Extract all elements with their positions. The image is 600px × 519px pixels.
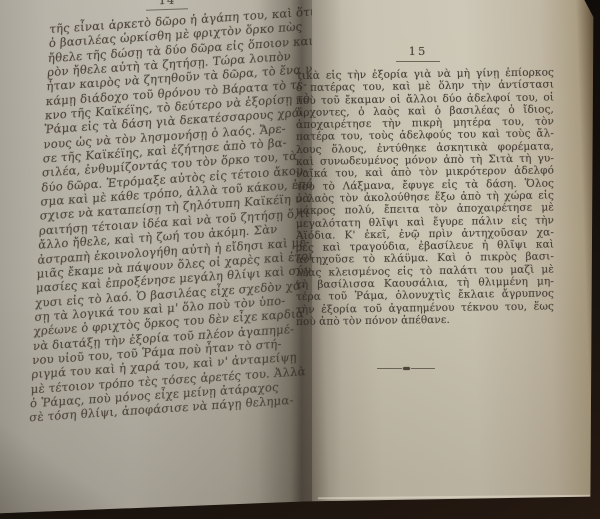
left-page-text: τῆς εἶναι ἀρκετὸ δῶρο ἡ ἀγάπη του, καὶ ὅ…: [29, 4, 322, 425]
page-number-right: 15: [396, 44, 440, 62]
bottom-left-shade: [0, 399, 180, 519]
divider-line-left: [377, 368, 402, 369]
page-number-left: 14: [146, 0, 188, 11]
divider-diamond: [403, 367, 410, 371]
right-page-text: τικὰ εἰς τὴν ἐξορία γιὰ νὰ μὴ γίνῃ ἐπίορ…: [296, 66, 554, 328]
divider-line-right: [411, 368, 436, 369]
book-photo: 14 τῆς εἶναι ἀρκετὸ δῶρο ἡ ἀγάπη του, κα…: [0, 0, 600, 519]
section-divider-ornament: [377, 366, 435, 371]
open-book: 14 τῆς εἶναι ἀρκετὸ δῶρο ἡ ἀγάπη του, κα…: [0, 0, 600, 519]
